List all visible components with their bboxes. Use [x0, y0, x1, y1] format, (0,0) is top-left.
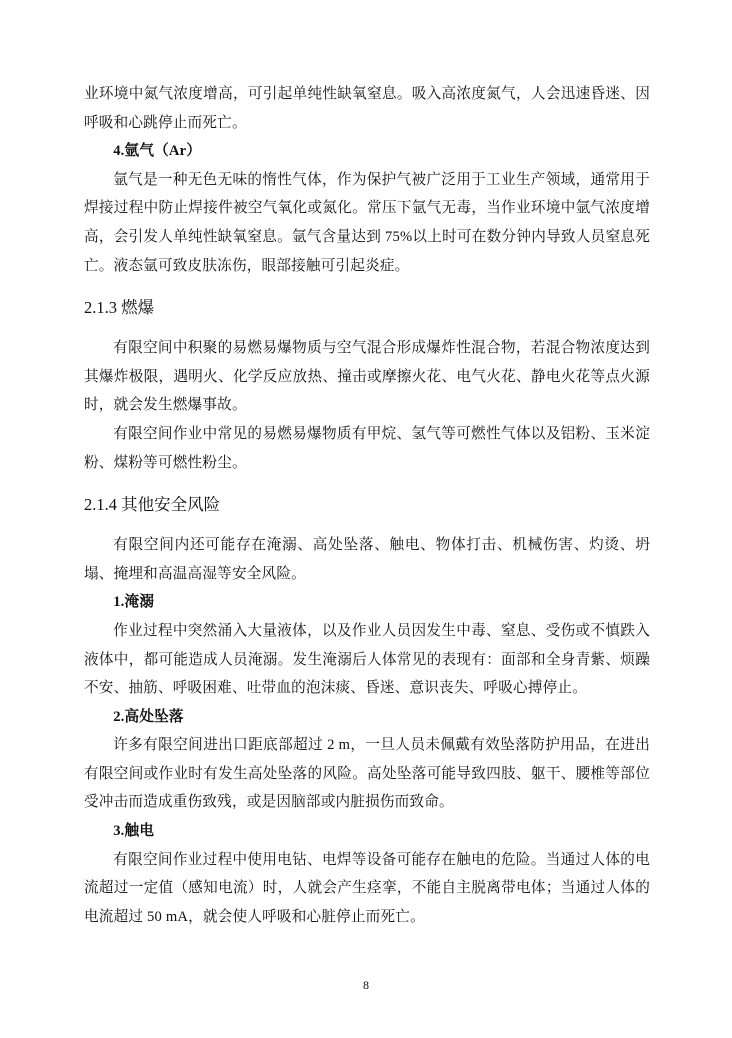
- paragraph: 作业过程中突然涌入大量液体，以及作业人员因发生中毒、窒息、受伤或不慎跌入液体中，…: [84, 617, 650, 703]
- document-page: 业环境中氮气浓度增高，可引起单纯性缺氧窒息。吸入高浓度氮气，人会迅速昏迷、因呼吸…: [0, 0, 732, 1038]
- section-heading-2-1-4: 2.1.4 其他安全风险: [84, 490, 650, 520]
- subsection-label-drowning: 1.淹溺: [84, 588, 650, 617]
- subsection-label-electric-shock: 3.触电: [84, 817, 650, 846]
- paragraph: 有限空间作业中常见的易燃易爆物质有甲烷、氢气等可燃性气体以及铝粉、玉米淀粉、煤粉…: [84, 420, 650, 477]
- subsection-label-fall: 2.高处坠落: [84, 703, 650, 732]
- section-heading-2-1-3: 2.1.3 燃爆: [84, 293, 650, 323]
- paragraph: 有限空间中积聚的易燃易爆物质与空气混合形成爆炸性混合物，若混合物浓度达到其爆炸极…: [84, 334, 650, 420]
- document-content: 业环境中氮气浓度增高，可引起单纯性缺氧窒息。吸入高浓度氮气，人会迅速昏迷、因呼吸…: [84, 80, 650, 931]
- paragraph: 许多有限空间进出口距底部超过 2 m，一旦人员未佩戴有效坠落防护用品，在进出有限…: [84, 731, 650, 817]
- paragraph: 氩气是一种无色无味的惰性气体，作为保护气被广泛用于工业生产领域，通常用于焊接过程…: [84, 166, 650, 280]
- paragraph: 有限空间内还可能存在淹溺、高处坠落、触电、物体打击、机械伤害、灼烫、坍塌、掩埋和…: [84, 531, 650, 588]
- paragraph-continuation: 业环境中氮气浓度增高，可引起单纯性缺氧窒息。吸入高浓度氮气，人会迅速昏迷、因呼吸…: [84, 80, 650, 137]
- subsection-label-argon: 4.氩气（Ar）: [84, 137, 650, 166]
- page-number: 8: [0, 978, 732, 992]
- paragraph: 有限空间作业过程中使用电钻、电焊等设备可能存在触电的危险。当通过人体的电流超过一…: [84, 846, 650, 932]
